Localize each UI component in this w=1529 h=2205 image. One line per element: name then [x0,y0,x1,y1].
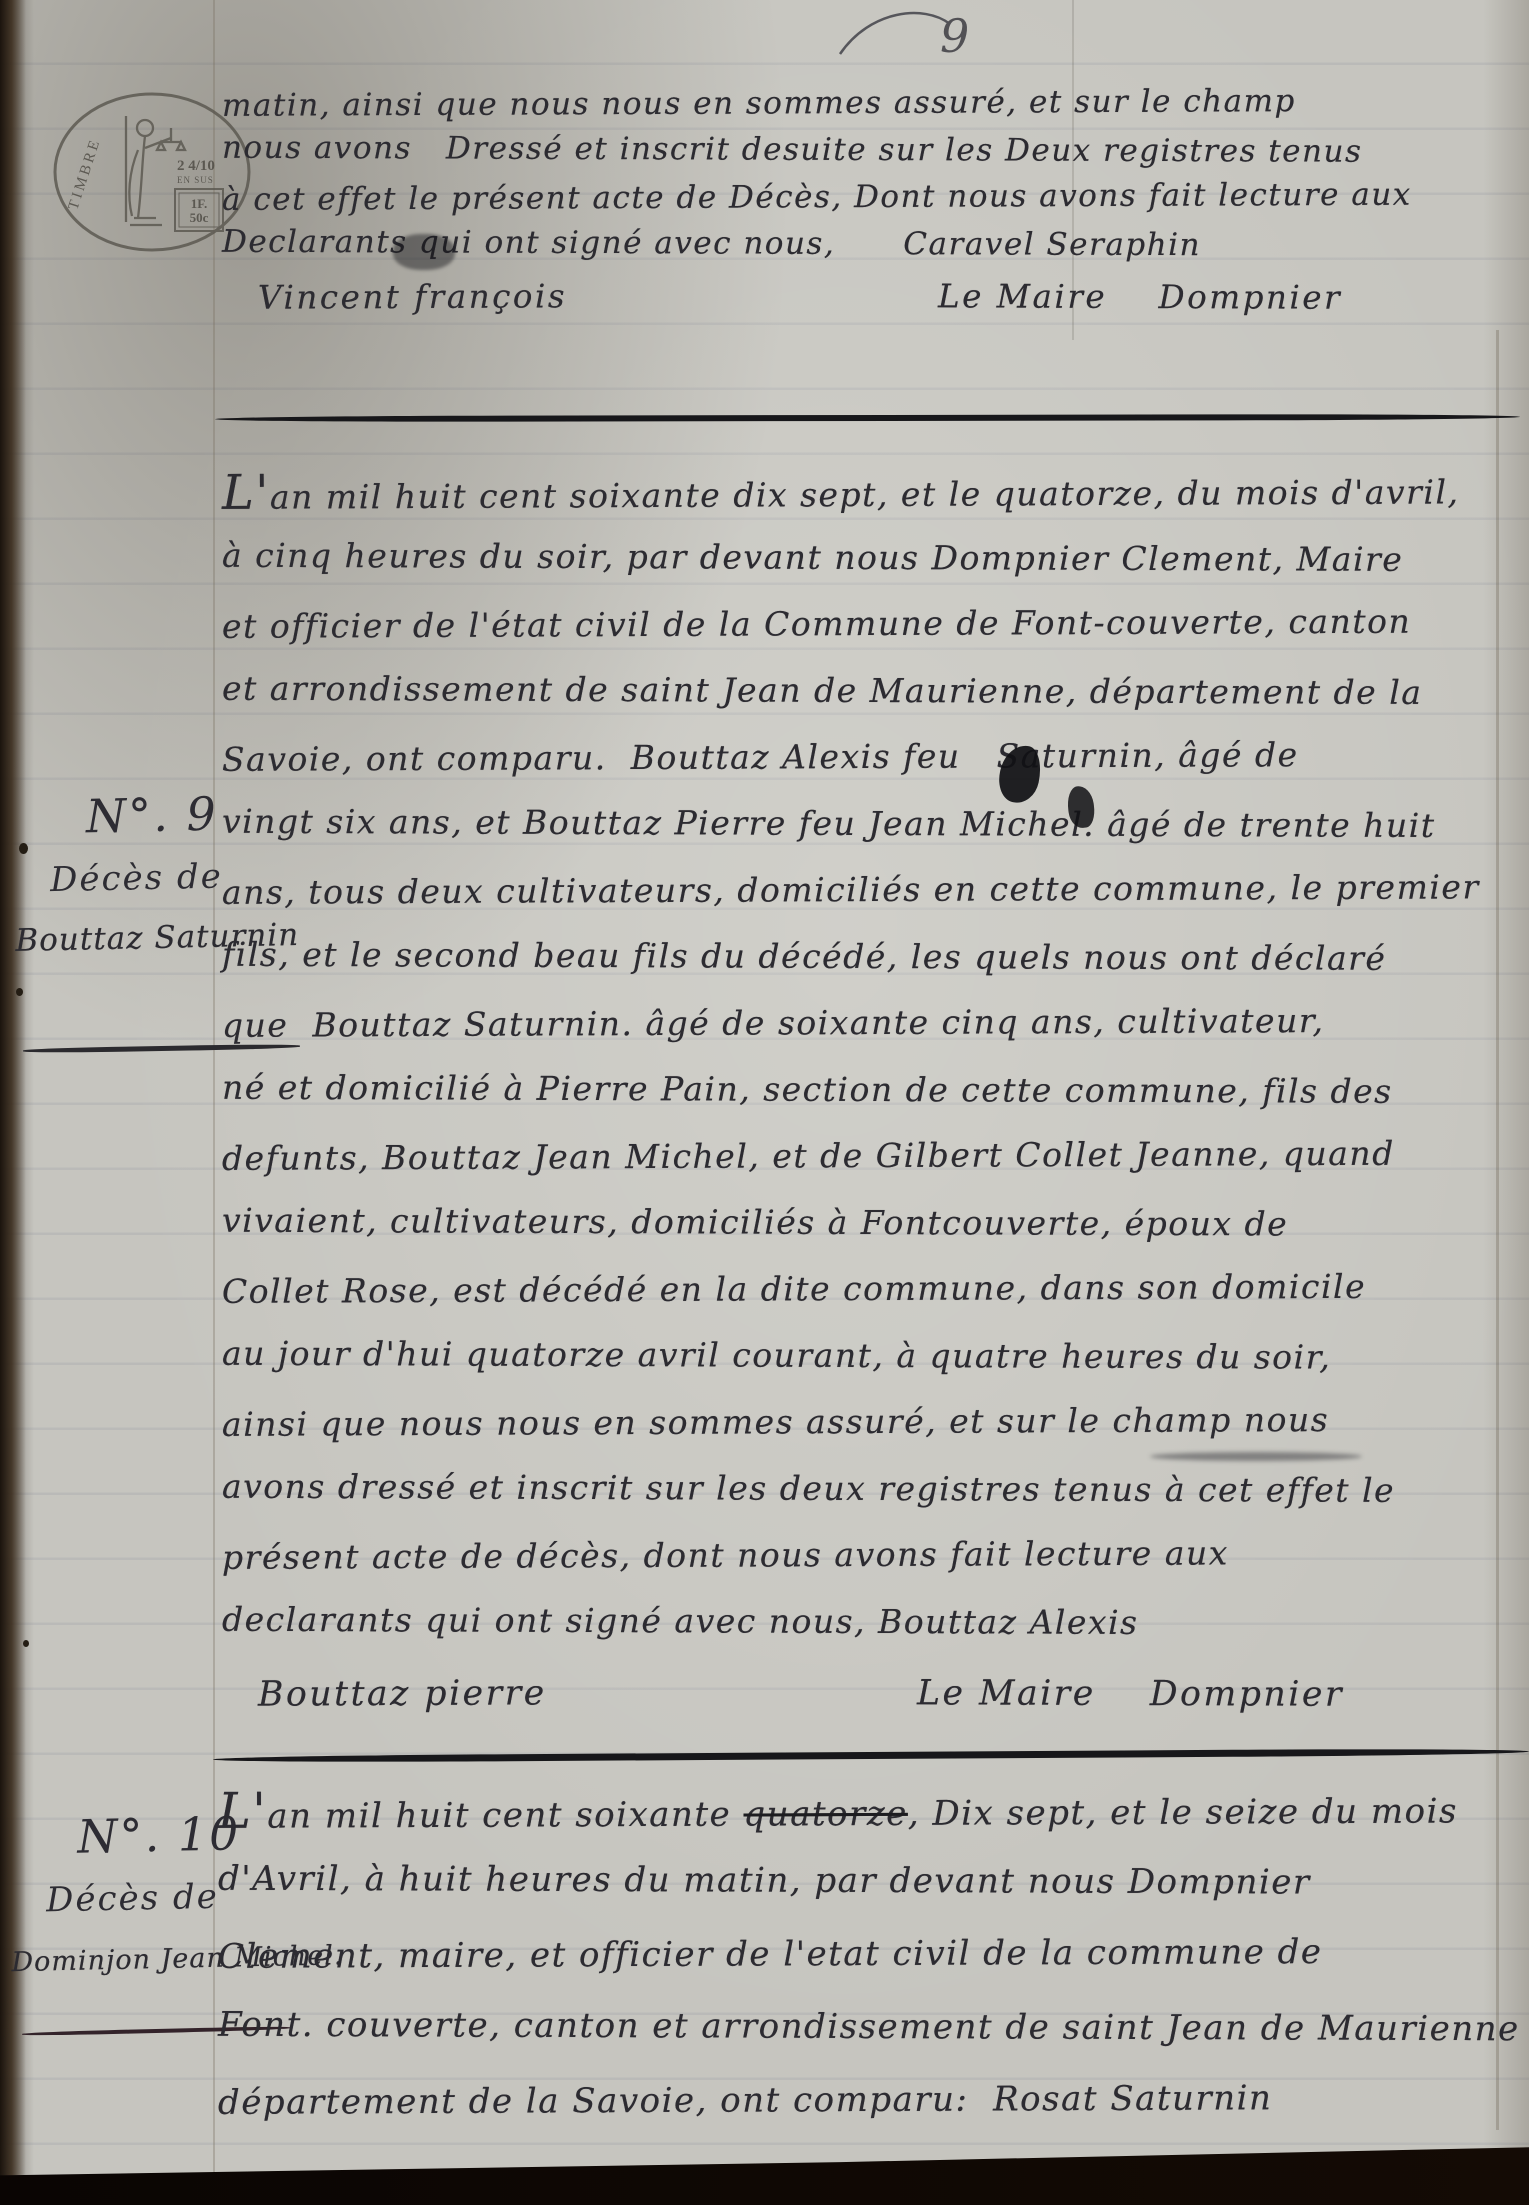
struck-word: quatorze [743,1794,908,1835]
signatures-row: Bouttaz pierre Le Maire Dompnier [222,1655,1524,1728]
act-text-line: et officier de l'état civil de la Commun… [222,588,1524,660]
signature-mayor-dompnier: Le Maire Dompnier [938,273,1342,321]
act-9-body: L'an mil huit cent soixante dix sept, et… [222,458,1524,1728]
act-text-line: que Bouttaz Saturnin. âgé de soixante ci… [222,987,1524,1059]
act-text-line: vivaient, cultivateurs, domiciliés à Fon… [222,1187,1524,1258]
ink-blot [393,234,455,270]
act-8-continuation: matin, ainsi que nous nous en sommes ass… [222,80,1522,321]
stamp-rate-sub: EN SUS [177,175,214,185]
register-page-scan: 9 TIMBRE 2 4/10 EN SUS 1F. 50c matin, ai… [0,0,1529,2205]
act-text-line: nous avons Dressé et inscrit desuite sur… [222,125,1522,177]
paper-speck [16,988,23,996]
act-text-line: au jour d'hui quatorze avril courant, à … [222,1320,1524,1391]
stamp-rate: 2 4/10 [177,158,215,174]
stamp-label: TIMBRE [66,136,104,212]
act-divider-line [215,414,1520,422]
act-text-line: et arrondissement de saint Jean de Mauri… [222,655,1524,726]
ink-smudge [1150,1452,1362,1461]
act-divider-line [213,1748,1529,1763]
act-text-line: Savoie, ont comparu. Bouttaz Alexis feu … [222,721,1524,793]
act-text-line: L'an mil huit cent soixante dix sept, et… [222,455,1524,527]
act-text-line: né et domicilié à Pierre Pain, section d… [222,1054,1524,1125]
act-text-line: à cinq heures du soir, par devant nous D… [222,522,1524,593]
act-text-line: L'an mil huit cent soixante quatorze, Di… [218,1769,1526,1848]
act-10-body: L'an mil huit cent soixante quatorze, Di… [218,1772,1526,2137]
act-text-line: defunts, Bouttaz Jean Michel, et de Gilb… [222,1120,1524,1192]
act-text-line: vingt six ans, et Bouttaz Pierre feu Jea… [222,788,1524,859]
folio-number-mark: 9 [832,2,982,64]
act-text-line: ainsi que nous nous en sommes assuré, et… [222,1386,1524,1458]
act-text-line: département de la Savoie, ont comparu: R… [218,2061,1526,2140]
act-text-line: avons dressé et inscrit sur les deux reg… [222,1453,1524,1524]
act-text-line: matin, ainsi que nous nous en sommes ass… [222,77,1522,130]
text-segment: L'an mil huit cent soixante [218,1795,744,1837]
paper-speck [23,1640,29,1647]
pen-flourish [840,13,950,54]
act-text-line: ans, tous deux cultivateurs, domiciliés … [222,854,1524,926]
act-text-line: Collet Rose, est décédé en la dite commu… [222,1253,1524,1325]
act-text-line: fils, et le second beau fils du décédé, … [222,921,1524,992]
folio-number: 9 [940,9,969,63]
act-text-line: Font. couverte, canton et arrondissement… [218,1989,1526,2067]
act-text-line: declarants qui ont signé avec nous, Bout… [222,1586,1524,1657]
act-text-line: Clement, maire, et officier de l'etat ci… [218,1915,1526,1994]
act-text-line: d'Avril, à huit heures du matin, par dev… [218,1843,1526,1921]
act-text-line: présent acte de décès, dont nous avons f… [222,1519,1524,1591]
act-text-line: à cet effet le présent acte de Décès, Do… [222,171,1522,224]
signature-bouttaz-pierre: Bouttaz pierre [258,1660,547,1728]
stamp-value-cents: 50c [190,210,209,225]
text-segment: , Dix sept, et le seize du mois [908,1791,1458,1833]
stamp-value-francs: 1F. [191,196,208,211]
signatures-row: Vincent françois Le Maire Dompnier [222,268,1522,321]
signature-mayor-dompnier: Le Maire Dompnier [917,1660,1344,1728]
signature-vincent-francois: Vincent françois [258,273,567,321]
